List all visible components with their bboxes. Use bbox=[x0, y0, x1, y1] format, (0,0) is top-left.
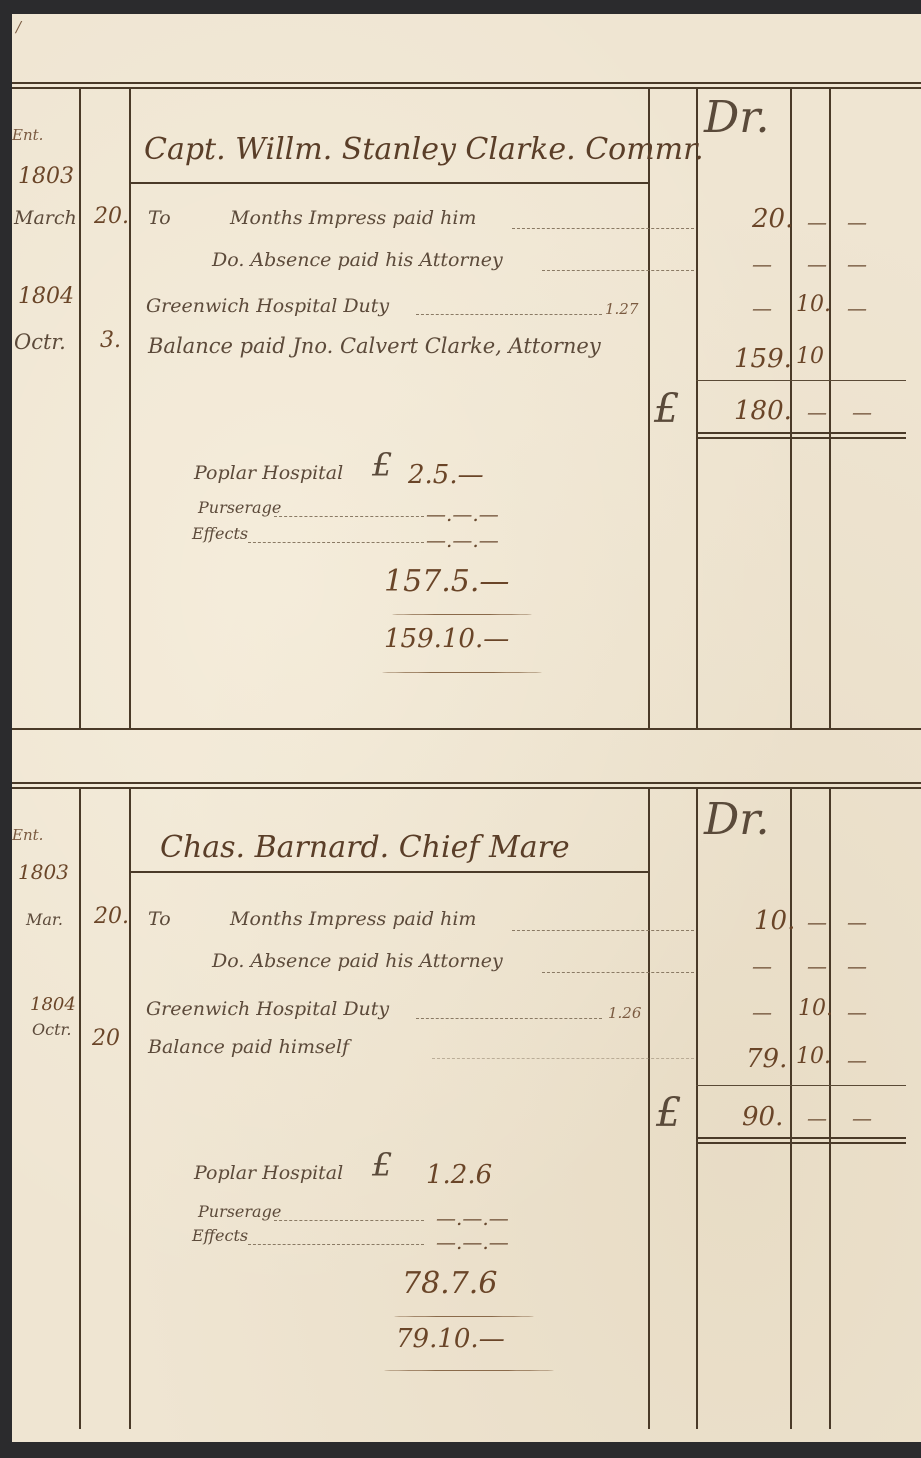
total-rule bbox=[696, 380, 906, 381]
subtotal-underline bbox=[394, 1316, 534, 1317]
deductions-total: 79.10.— bbox=[396, 1324, 505, 1354]
poplar-hospital-label: Poplar Hospital bbox=[194, 462, 343, 484]
row-month: Mar. bbox=[26, 910, 63, 929]
row-pence: — bbox=[847, 954, 867, 978]
row-month: Octr. bbox=[32, 1020, 71, 1039]
total-double-rule-2 bbox=[696, 1142, 906, 1144]
row-pence: — bbox=[847, 252, 867, 276]
top-rule bbox=[12, 82, 921, 84]
row-pounds: 79. bbox=[746, 1044, 787, 1074]
row-desc: Do. Absence paid his Attorney bbox=[212, 249, 503, 271]
leader-dots bbox=[274, 1220, 424, 1221]
row-shillings: 10. bbox=[798, 996, 833, 1021]
col-rule-pounds bbox=[696, 789, 698, 1429]
row-shillings: — bbox=[807, 210, 827, 234]
leader-dots bbox=[432, 1058, 694, 1059]
row-desc: Months Impress paid him bbox=[230, 908, 476, 930]
leader-dots bbox=[542, 270, 694, 271]
ent-label: Ent. bbox=[12, 126, 43, 144]
deductions-subtotal: 157.5.— bbox=[384, 564, 509, 599]
poplar-hospital-label: Poplar Hospital bbox=[194, 1162, 343, 1184]
top-rule-2 bbox=[12, 787, 921, 789]
row-year: 1804 bbox=[18, 284, 74, 309]
row-month: March bbox=[14, 207, 77, 229]
purserage-value: —.—.— bbox=[426, 502, 499, 526]
row-pounds: — bbox=[752, 296, 772, 320]
deductions-total: 159.10.— bbox=[384, 624, 509, 654]
year-label: 1803 bbox=[18, 860, 69, 884]
leader-dots bbox=[416, 314, 602, 315]
pound-symbol: £ bbox=[654, 386, 679, 432]
leader-dots bbox=[542, 972, 694, 973]
row-pence: — bbox=[847, 210, 867, 234]
ledger-page: / Ent. 1803 Capt. Willm. Stanley Clarke.… bbox=[12, 14, 921, 1442]
row-desc: Do. Absence paid his Attorney bbox=[212, 950, 503, 972]
row-prefix: To bbox=[148, 207, 171, 229]
total-double-rule-2 bbox=[696, 437, 906, 439]
row-day: 20. bbox=[94, 204, 129, 229]
top-rule-2 bbox=[12, 87, 921, 89]
total-shillings: — bbox=[807, 400, 827, 424]
row-pounds: 20. bbox=[752, 204, 793, 234]
row-day: 20. bbox=[94, 904, 129, 929]
corner-mark: / bbox=[16, 18, 21, 36]
col-rule-shillings bbox=[790, 789, 792, 1429]
row-ref: 1.27 bbox=[605, 300, 638, 318]
debtor-label: Dr. bbox=[704, 92, 769, 143]
row-pence: — bbox=[847, 1048, 867, 1072]
col-rule-date bbox=[79, 789, 81, 1429]
effects-value: —.—.— bbox=[436, 1230, 509, 1254]
row-shillings: — bbox=[807, 252, 827, 276]
effects-value: —.—.— bbox=[426, 528, 499, 552]
top-rule bbox=[12, 782, 921, 784]
row-pence: — bbox=[847, 910, 867, 934]
total-double-rule bbox=[696, 1137, 906, 1139]
total-pence: — bbox=[852, 1106, 872, 1130]
leader-dots bbox=[248, 542, 424, 543]
col-rule-date bbox=[79, 89, 81, 729]
deductions-subtotal: 78.7.6 bbox=[402, 1266, 497, 1301]
total-shillings: — bbox=[807, 1106, 827, 1130]
row-shillings: 10. bbox=[796, 1044, 831, 1069]
header-underline bbox=[129, 871, 648, 873]
leader-dots bbox=[512, 228, 694, 229]
effects-label: Effects bbox=[192, 1226, 248, 1245]
row-pence: — bbox=[847, 1000, 867, 1024]
row-year: 1804 bbox=[30, 994, 76, 1015]
subtotal-underline bbox=[392, 614, 532, 615]
row-desc: Balance paid Jno. Calvert Clarke, Attorn… bbox=[148, 334, 601, 358]
row-ref: 1.26 bbox=[608, 1004, 641, 1022]
row-prefix: To bbox=[148, 908, 171, 930]
total-pounds: 90. bbox=[742, 1102, 783, 1132]
effects-label: Effects bbox=[192, 524, 248, 543]
purserage-value: —.—.— bbox=[436, 1206, 509, 1230]
row-shillings: 10. bbox=[796, 292, 831, 317]
ent-label: Ent. bbox=[12, 826, 43, 844]
pound-symbol: £ bbox=[372, 446, 392, 484]
row-desc: Balance paid himself bbox=[148, 1036, 349, 1058]
row-pounds: — bbox=[752, 1000, 772, 1024]
leader-dots bbox=[416, 1018, 602, 1019]
poplar-hospital-value: 2.5.— bbox=[408, 460, 484, 490]
total-underline bbox=[384, 1370, 554, 1371]
total-rule bbox=[696, 1085, 906, 1086]
row-shillings: 10 bbox=[796, 344, 824, 369]
header-underline bbox=[129, 182, 648, 184]
total-double-rule bbox=[696, 432, 906, 434]
total-pounds: 180. bbox=[734, 396, 792, 426]
pound-symbol: £ bbox=[372, 1146, 392, 1184]
row-day: 20 bbox=[92, 1026, 120, 1051]
row-desc: Greenwich Hospital Duty bbox=[146, 998, 389, 1020]
row-pounds: — bbox=[752, 954, 772, 978]
account-name: Capt. Willm. Stanley Clarke. Commr. bbox=[144, 132, 704, 167]
row-month: Octr. bbox=[14, 330, 66, 354]
row-desc: Months Impress paid him bbox=[230, 207, 476, 229]
col-rule-day bbox=[129, 89, 131, 729]
leader-dots bbox=[274, 516, 424, 517]
account-name: Chas. Barnard. Chief Mare bbox=[160, 830, 570, 865]
col-rule-pence bbox=[829, 89, 831, 729]
row-pounds: 10. bbox=[754, 906, 795, 936]
row-pence: — bbox=[847, 296, 867, 320]
section-bottom-rule bbox=[12, 728, 921, 730]
row-shillings: — bbox=[807, 910, 827, 934]
total-pence: — bbox=[852, 400, 872, 424]
row-pounds: 159. bbox=[734, 344, 792, 374]
debtor-label: Dr. bbox=[704, 794, 769, 845]
purserage-label: Purserage bbox=[198, 498, 281, 517]
row-day: 3. bbox=[100, 328, 121, 353]
row-pounds: — bbox=[752, 252, 772, 276]
poplar-hospital-value: 1.2.6 bbox=[426, 1160, 492, 1190]
purserage-label: Purserage bbox=[198, 1202, 281, 1221]
leader-dots bbox=[248, 1244, 424, 1245]
year-label: 1803 bbox=[18, 164, 74, 189]
pound-symbol: £ bbox=[656, 1090, 681, 1136]
col-rule-pounds bbox=[696, 89, 698, 729]
leader-dots bbox=[512, 930, 694, 931]
row-desc: Greenwich Hospital Duty bbox=[146, 295, 389, 317]
col-rule-pence bbox=[829, 789, 831, 1429]
col-rule-ref bbox=[648, 89, 650, 729]
col-rule-ref bbox=[648, 789, 650, 1429]
col-rule-day bbox=[129, 789, 131, 1429]
total-underline bbox=[382, 672, 542, 673]
row-shillings: — bbox=[807, 954, 827, 978]
